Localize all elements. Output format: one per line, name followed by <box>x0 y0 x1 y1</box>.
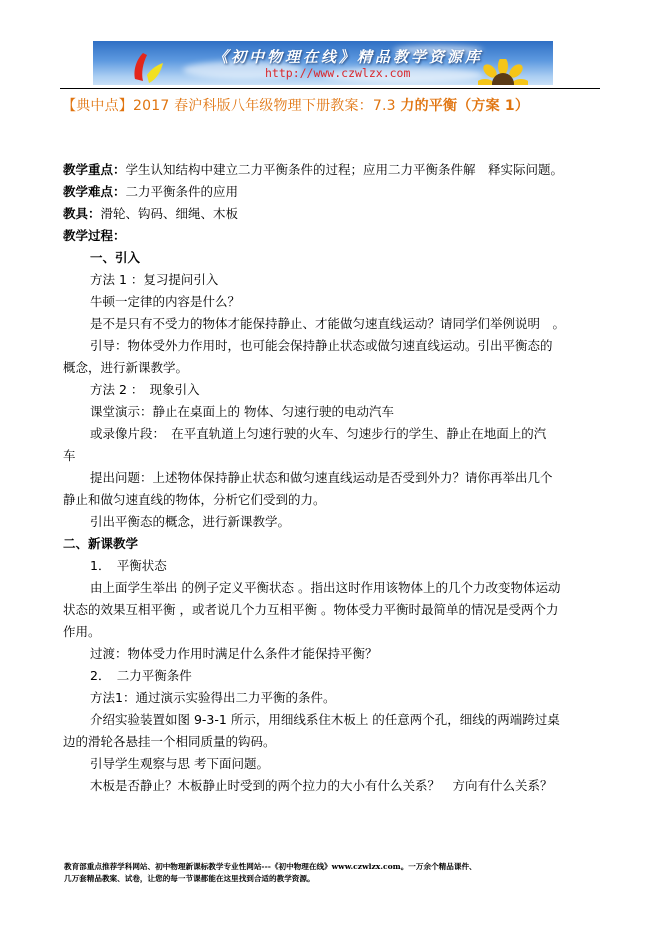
banner-title: 《初中物理在线》精品教学资源库 <box>213 46 483 67</box>
paragraph: 牛顿一定律的内容是什么？ <box>90 292 240 310</box>
paragraph: 引导学生观察与思 考下面问题。 <box>90 754 269 772</box>
meta-difficult-points: 教学难点：二力平衡条件的应用 <box>63 182 238 200</box>
header-divider <box>60 88 600 89</box>
section-2-heading: 二、新课教学 <box>63 534 138 552</box>
paragraph: 课堂演示：静止在桌面上的 物体、匀速行驶的电动汽车 <box>90 402 394 420</box>
paragraph: 引导：物体受外力作用时，也可能会保持静止状态或做匀速直线运动。引出平衡态的 <box>90 336 553 354</box>
paragraph: 提出问题：上述物体保持静止状态和做匀速直线运动是否受到外力？请你再举出几个 <box>90 468 553 486</box>
paragraph: 方法 1 ：复习提问引入 <box>90 270 218 288</box>
paragraph: 边的滑轮各悬挂一个相同质量的钩码。 <box>63 732 276 750</box>
paragraph: 概念，进行新课教学。 <box>63 358 188 376</box>
paragraph: 木板是否静止？木板静止时受到的两个拉力的大小有什么关系？ 方向有什么关系？ <box>90 776 553 794</box>
banner-url[interactable]: http://www.czwlzx.com <box>265 66 410 80</box>
meta-teaching-process: 教学过程： <box>63 226 126 244</box>
paragraph: 车 <box>63 446 76 464</box>
section-1-heading: 一、引入 <box>90 248 140 266</box>
site-logo-icon <box>129 51 169 85</box>
subheading: 1． 平衡状态 <box>90 556 167 574</box>
paragraph: 由上面学生举出 的例子定义平衡状态 。指出这时作用该物体上的几个力改变物体运动 <box>90 578 560 596</box>
paragraph: 状态的效果互相平衡 ，或者说几个力互相平衡 。物体受力平衡时最简单的情况是受两个… <box>63 600 558 618</box>
paragraph: 过渡：物体受力作用时满足什么条件才能保持平衡？ <box>90 644 378 662</box>
paragraph: 方法 2 ： 现象引入 <box>90 380 200 398</box>
meta-key-points: 教学重点：学生认知结构中建立二力平衡条件的过程；应用二力平衡条件解 释实际问题。 <box>63 160 563 178</box>
document-title-topic: 力的平衡（方案 1） <box>400 98 529 114</box>
document-title-prefix: 【典中点】2017 春沪科版八年级物理下册教案：7.3 <box>62 98 400 114</box>
paragraph: 是不是只有不受力的物体才能保持静止、才能做匀速直线运动？请同学们举例说明 。 <box>90 314 565 332</box>
sunflower-icon <box>478 59 528 85</box>
subheading: 2． 二力平衡条件 <box>90 666 192 684</box>
site-banner: 《初中物理在线》精品教学资源库 http://www.czwlzx.com <box>93 41 553 85</box>
footer-line-2: 几万套精品教案、试卷，让您的每一节课都能在这里找到合适的教学资源。 <box>64 873 477 885</box>
paragraph: 介绍实验装置如图 9-3-1 所示，用细线系住木板上 的任意两个孔，细线的两端跨… <box>90 710 560 728</box>
meta-teaching-aids: 教具：滑轮、钩码、细绳、木板 <box>63 204 238 222</box>
paragraph: 静止和做匀速直线的物体，分析它们受到的力。 <box>63 490 326 508</box>
paragraph: 方法1：通过演示实验得出二力平衡的条件。 <box>90 688 335 706</box>
footer-line-1: 教育部重点推荐学科网站、初中物理新课标教学专业性网站---《初中物理在线》www… <box>64 861 477 873</box>
document-title: 【典中点】2017 春沪科版八年级物理下册教案：7.3 力的平衡（方案 1） <box>62 95 529 115</box>
paragraph: 或录像片段： 在平直轨道上匀速行驶的火车、匀速步行的学生、静止在地面上的汽 <box>90 424 546 442</box>
page-footer: 教育部重点推荐学科网站、初中物理新课标教学专业性网站---《初中物理在线》www… <box>64 861 477 885</box>
paragraph: 作用。 <box>63 622 101 640</box>
paragraph: 引出平衡态的概念，进行新课教学。 <box>90 512 290 530</box>
